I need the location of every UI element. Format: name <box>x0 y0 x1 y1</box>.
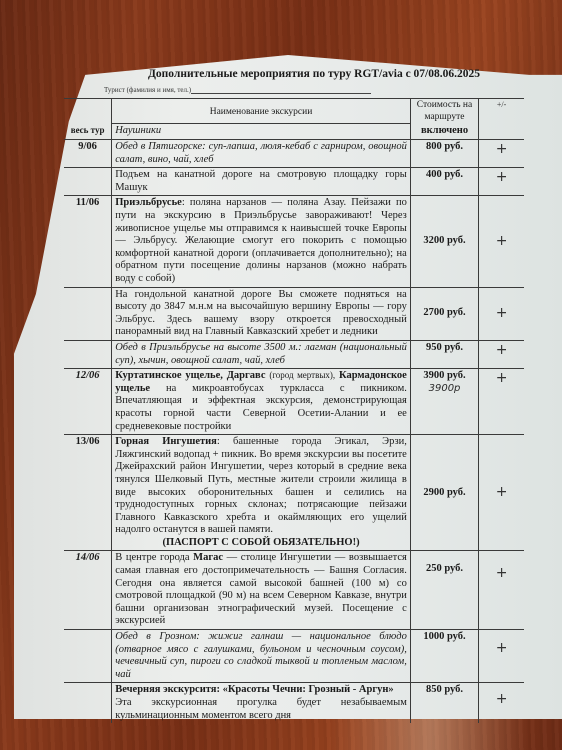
price-cell: 2900 руб. <box>410 435 478 551</box>
table-row: Обед в Приэльбрусье на высоте 3500 м.: л… <box>64 340 524 368</box>
header-name: Наименование экскурсии <box>112 99 411 124</box>
table-row: 13/06 Горная Ингушетия: башенные города … <box>64 435 524 551</box>
excursion-text: : башенные города Эгикал, Эрзи, Ляжгинск… <box>115 436 407 535</box>
checkmark-cross-icon[interactable]: + <box>479 196 524 287</box>
tourist-field[interactable]: Турист (фамилия и имя, тел.) <box>104 86 524 94</box>
checkmark-cross-icon[interactable]: + <box>479 287 524 340</box>
table-header-row: Наименование экскурсии Стоимость на марш… <box>64 99 524 124</box>
price-value: 3900 руб. <box>423 370 465 381</box>
excursion-text: — столице Ингушетии — возвышается самая … <box>115 552 407 626</box>
day-cell: весь тур <box>64 124 112 140</box>
day-cell: 12/06 <box>64 369 112 435</box>
day-cell <box>64 168 112 196</box>
table-row: 9/06 Обед в Пятигорске: суп-лапша, люля-… <box>64 140 524 168</box>
excursion-title: Приэльбрусье <box>115 197 182 208</box>
price-cell: 950 руб. <box>410 340 478 368</box>
excursion-subtitle: (город мертвых), <box>269 370 335 380</box>
table-row: 11/06 Приэльбрусье: поляна нарзанов — по… <box>64 196 524 287</box>
description-cell: Обед в Грозном: жижиг галнаш — националь… <box>112 630 411 683</box>
description-cell: Подъем на канатной дороге на смотровую п… <box>112 168 411 196</box>
price-cell: включено <box>410 124 478 140</box>
document: Дополнительные мероприятия по туру RGT/a… <box>64 68 524 723</box>
excursion-text: Эта экскурсионная прогулка будет незабыв… <box>115 697 407 721</box>
excursion-text: : поляна нарзанов — поляна Азау. Пейзажи… <box>115 197 407 284</box>
price-cell: 800 руб. <box>410 140 478 168</box>
day-cell <box>64 630 112 683</box>
table-row: Обед в Грозном: жижиг галнаш — националь… <box>64 630 524 683</box>
excursion-pre: В центре города <box>115 552 193 563</box>
day-cell: 13/06 <box>64 435 112 551</box>
table-row: 14/06 В центре города Магас — столице Ин… <box>64 551 524 630</box>
price-cell: 400 руб. <box>410 168 478 196</box>
table-row: 12/06 Куртатинское ущелье, Даргавс (горо… <box>64 369 524 435</box>
description-cell: Горная Ингушетия: башенные города Эгикал… <box>112 435 411 551</box>
day-cell: 11/06 <box>64 196 112 287</box>
description-cell: Обед в Приэльбрусье на высоте 3500 м.: л… <box>112 340 411 368</box>
mark-cell[interactable] <box>479 124 524 140</box>
excursion-title: Горная Ингушетия <box>115 436 217 447</box>
excursion-text: на микроавтобусах турк­ласса с пикником.… <box>115 383 407 432</box>
day-cell <box>64 287 112 340</box>
day-cell: 14/06 <box>64 551 112 630</box>
price-cell: 2700 руб. <box>410 287 478 340</box>
header-day <box>64 99 112 124</box>
checkmark-cross-icon[interactable]: + <box>479 340 524 368</box>
day-cell <box>64 683 112 723</box>
description-cell: В центре города Магас — столице Ингушети… <box>112 551 411 630</box>
description-cell: Приэльбрусье: поляна нарзанов — поляна А… <box>112 196 411 287</box>
excursion-title: Магас <box>193 552 223 563</box>
description-cell: Куртатинское ущелье, Даргавс (город мерт… <box>112 369 411 435</box>
excursion-title: Вечерняя экскурситя: «Красоты Чечни: Гро… <box>115 684 407 697</box>
checkmark-cross-icon[interactable]: + <box>479 140 524 168</box>
description-cell: Вечерняя экскурситя: «Красоты Чечни: Гро… <box>112 683 411 723</box>
handwritten-price: 3900р <box>414 383 475 395</box>
document-title: Дополнительные мероприятия по туру RGT/a… <box>104 68 524 82</box>
checkmark-cross-icon[interactable]: + <box>479 168 524 196</box>
checkmark-cross-icon[interactable]: + <box>479 435 524 551</box>
passport-note: (ПАСПОРТ С СОБОЙ ОБЯЗАТЕЛЬНО!) <box>115 537 407 550</box>
excursions-table: Наименование экскурсии Стоимость на марш… <box>64 98 524 723</box>
price-cell: 3900 руб.3900р <box>410 369 478 435</box>
price-cell: 3200 руб. <box>410 196 478 287</box>
table-row: Вечерняя экскурситя: «Красоты Чечни: Гро… <box>64 683 524 723</box>
table-row: На гондольной канатной дороге Вы сможете… <box>64 287 524 340</box>
description-cell: На гондольной канатной дороге Вы сможете… <box>112 287 411 340</box>
table-row-included: весь тур Наушники включено <box>64 124 524 140</box>
excursion-title: Куртатинское ущелье, Даргавс <box>115 370 265 381</box>
day-cell: 9/06 <box>64 140 112 168</box>
price-cell: 250 руб. <box>410 551 478 630</box>
checkmark-cross-icon[interactable]: + <box>479 683 524 723</box>
price-cell: 850 руб. <box>410 683 478 723</box>
checkmark-cross-icon[interactable]: + <box>479 369 524 435</box>
header-mark: +/- <box>479 99 524 124</box>
day-cell <box>64 340 112 368</box>
description-cell: Обед в Пятигорске: суп-лапша, люля-кебаб… <box>112 140 411 168</box>
tourist-label: Турист (фамилия и имя, тел.) <box>104 86 191 94</box>
header-price: Стоимость на маршруте <box>410 99 478 124</box>
description-cell: Наушники <box>112 124 411 140</box>
table-row: Подъем на канатной дороге на смотровую п… <box>64 168 524 196</box>
price-cell: 1000 руб. <box>410 630 478 683</box>
checkmark-cross-icon[interactable]: + <box>479 630 524 683</box>
tourist-blank-line[interactable] <box>191 93 371 94</box>
checkmark-cross-icon[interactable]: + <box>479 551 524 630</box>
